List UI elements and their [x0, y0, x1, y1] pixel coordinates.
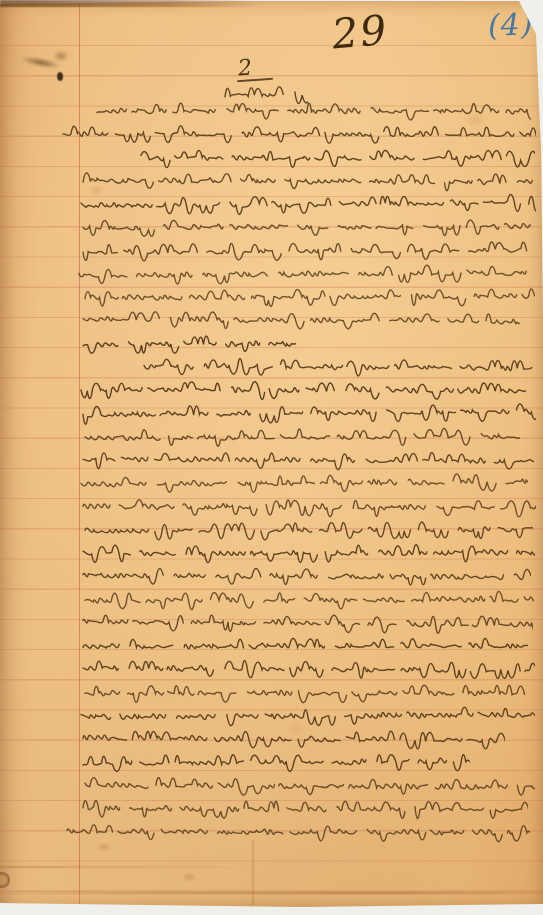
manuscript-scan: 29 (4) 2	[0, 0, 543, 915]
manuscript-text-block	[0, 0, 543, 915]
manuscript-line	[82, 656, 535, 684]
handwriting-stroke	[66, 819, 530, 846]
manuscript-line	[62, 122, 536, 148]
handwriting-stroke	[62, 122, 536, 148]
manuscript-page: 29 (4) 2	[0, 0, 543, 915]
handwriting-stroke	[82, 307, 520, 336]
adjacent-page-edge	[0, 0, 258, 7]
manuscript-line	[82, 307, 520, 336]
handwriting-stroke	[82, 656, 535, 684]
manuscript-line	[66, 819, 530, 846]
